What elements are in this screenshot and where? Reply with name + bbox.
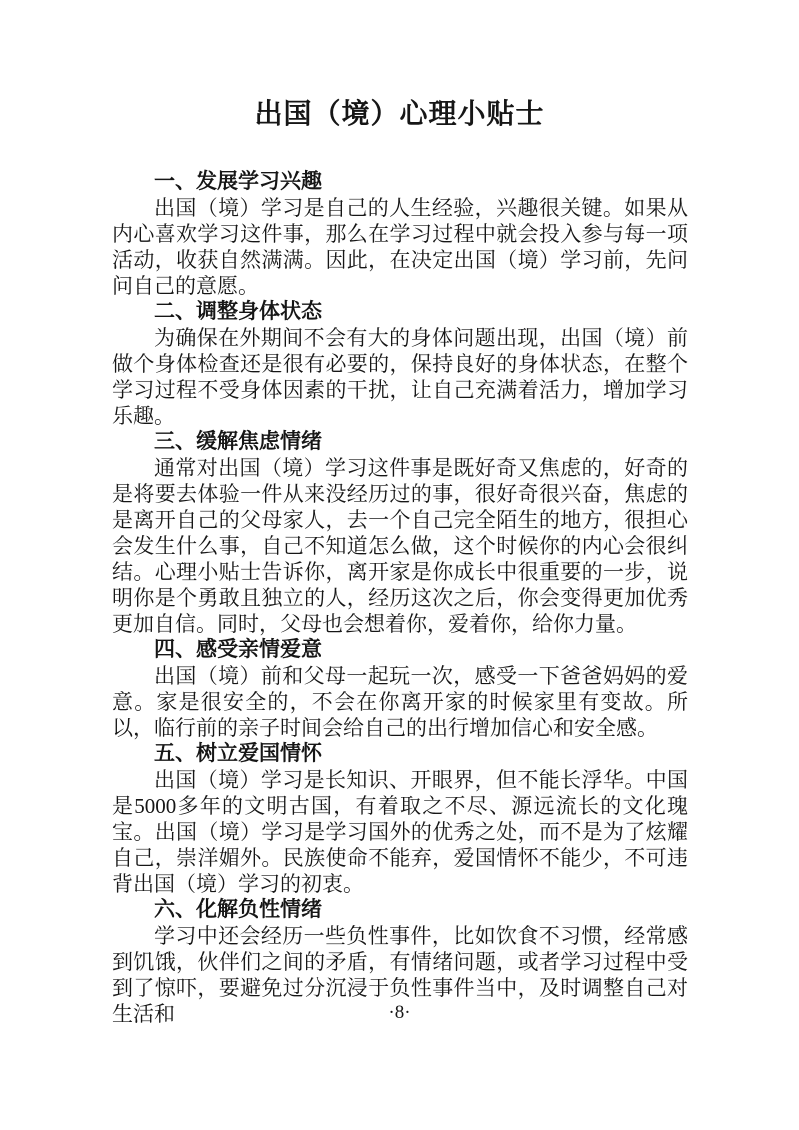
page-content: 一、发展学习兴趣 出国（境）学习是自己的人生经验，兴趣很关键。如果从内心喜欢学习… [112,169,688,1027]
section-heading: 二、调整身体状态 [112,299,688,325]
page-number: ·8· [0,1001,799,1025]
section-paragraph: 出国（境）学习是自己的人生经验，兴趣很关键。如果从内心喜欢学习这件事，那么在学习… [112,195,688,299]
section-heading: 一、发展学习兴趣 [112,169,688,195]
section-paragraph: 通常对出国（境）学习这件事是既好奇又焦虑的，好奇的是将要去体验一件从来没经历过的… [112,455,688,637]
section-paragraph: 出国（境）学习是长知识、开眼界，但不能长浮华。中国是5000多年的文明古国，有着… [112,767,688,897]
section-heading: 三、缓解焦虑情绪 [112,429,688,455]
section-feel-family-love: 四、感受亲情爱意 出国（境）前和父母一起玩一次，感受一下爸爸妈妈的爱意。家是很安… [112,637,688,741]
section-heading: 六、化解负性情绪 [112,897,688,923]
section-heading: 四、感受亲情爱意 [112,637,688,663]
section-relieve-anxiety: 三、缓解焦虑情绪 通常对出国（境）学习这件事是既好奇又焦虑的，好奇的是将要去体验… [112,429,688,637]
page-title: 出国（境）心理小贴士 [0,0,799,130]
section-heading: 五、树立爱国情怀 [112,741,688,767]
section-paragraph: 为确保在外期间不会有大的身体问题出现，出国（境）前做个身体检查还是很有必要的，保… [112,325,688,429]
section-adjust-physical-state: 二、调整身体状态 为确保在外期间不会有大的身体问题出现，出国（境）前做个身体检查… [112,299,688,429]
section-develop-interest: 一、发展学习兴趣 出国（境）学习是自己的人生经验，兴趣很关键。如果从内心喜欢学习… [112,169,688,299]
section-patriotic-sentiment: 五、树立爱国情怀 出国（境）学习是长知识、开眼界，但不能长浮华。中国是5000多… [112,741,688,897]
document-page: 出国（境）心理小贴士 一、发展学习兴趣 出国（境）学习是自己的人生经验，兴趣很关… [0,0,799,1130]
section-paragraph: 出国（境）前和父母一起玩一次，感受一下爸爸妈妈的爱意。家是很安全的，不会在你离开… [112,663,688,741]
